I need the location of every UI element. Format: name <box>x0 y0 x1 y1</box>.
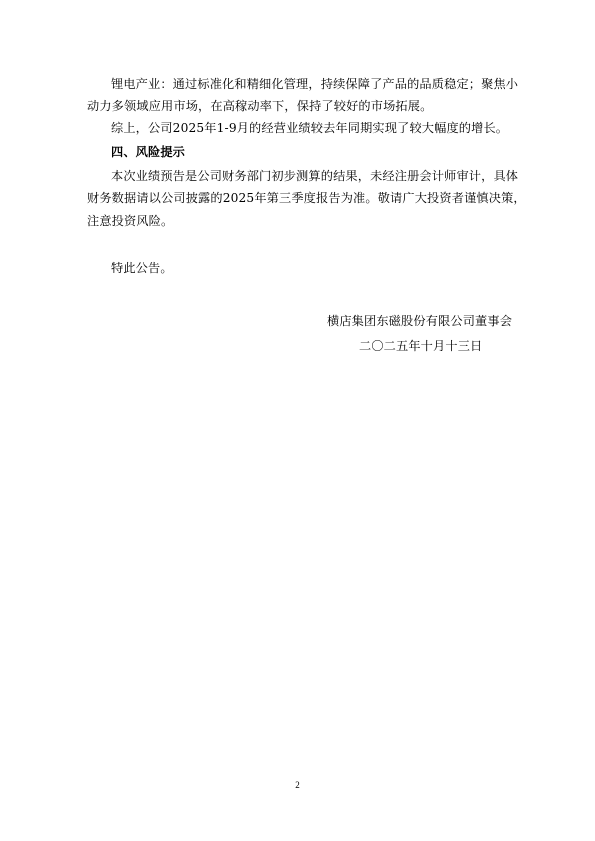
signature-company: 横店集团东磁股份有限公司董事会 <box>327 314 512 328</box>
paragraph-lithium-line-1: 锂电产业：通过标准化和精细化管理，持续保障了产品的品质稳定；聚焦小 <box>111 77 518 91</box>
paragraph-risk-line-1: 本次业绩预告是公司财务部门初步测算的结果，未经注册会计师审计，具体 <box>111 169 518 183</box>
page-number: 2 <box>0 780 595 790</box>
paragraph-risk-line-3: 注意投资风险。 <box>87 214 173 228</box>
paragraph-summary: 综上，公司2025年1-9月的经营业绩较去年同期实现了较大幅度的增长。 <box>111 121 508 135</box>
closing-statement: 特此公告。 <box>111 261 173 275</box>
paragraph-risk-line-2: 财务数据请以公司披露的2025年第三季度报告为准。敬请广大投资者谨慎决策， <box>87 191 526 205</box>
paragraph-lithium-line-2: 动力多领域应用市场，在高稼动率下，保持了较好的市场拓展。 <box>87 99 432 113</box>
signature-date: 二〇二五年十月十三日 <box>359 339 482 353</box>
section-heading-risk: 四、风险提示 <box>111 145 185 159</box>
